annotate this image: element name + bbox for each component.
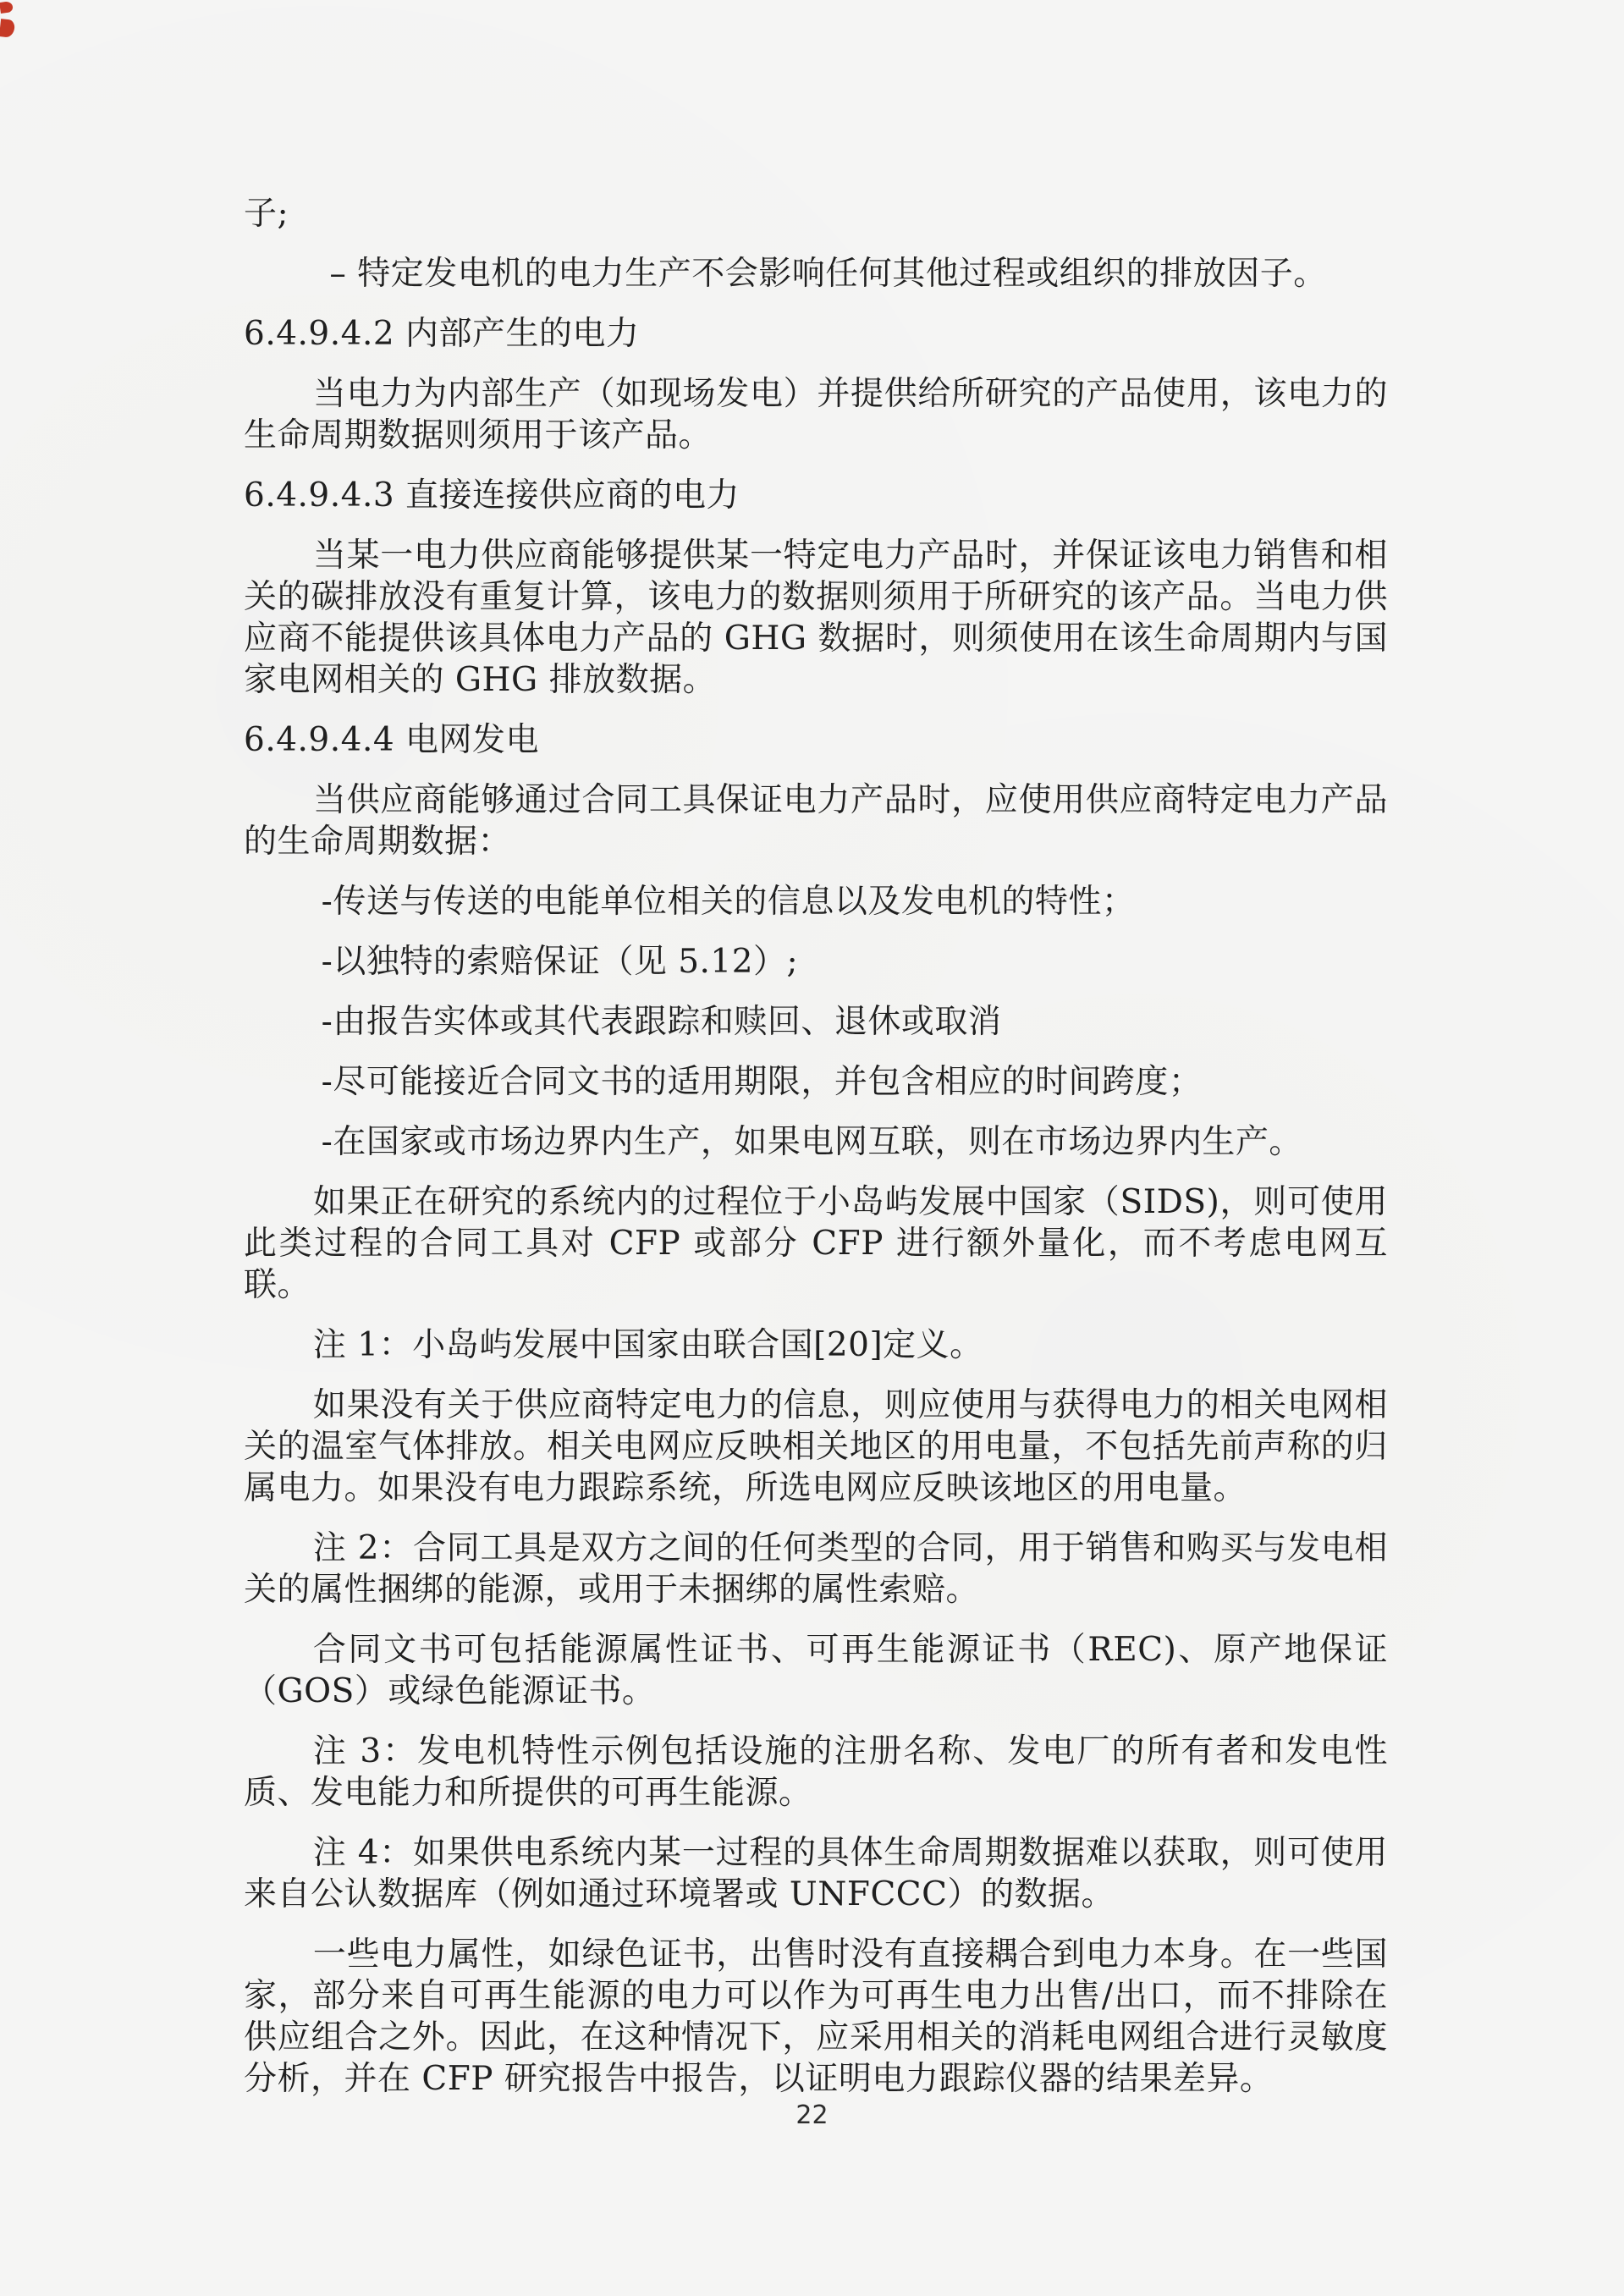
- section-heading-6-4-9-4-3: 6.4.9.4.3 直接连接供应商的电力: [244, 475, 1388, 516]
- paragraph: 当电力为内部生产（如现场发电）并提供给所研究的产品使用，该电力的生命周期数据则须…: [244, 373, 1388, 456]
- section-heading-6-4-9-4-2: 6.4.9.4.2 内部产生的电力: [244, 313, 1388, 355]
- note-2: 注 2：合同工具是双方之间的任何类型的合同，用于销售和购买与发电相关的属性捆绑的…: [244, 1528, 1388, 1611]
- list-item: -由报告实体或其代表跟踪和赎回、退休或取消: [244, 1001, 1388, 1043]
- paragraph: 如果正在研究的系统内的过程位于小岛屿发展中国家（SIDS)，则可使用此类过程的合…: [244, 1181, 1388, 1306]
- paragraph: 合同文书可包括能源属性证书、可再生能源证书（REC)、原产地保证（GOS）或绿色…: [244, 1629, 1388, 1712]
- document-body: 子; – 特定发电机的电力生产不会影响任何其他过程或组织的排放因子。 6.4.9…: [244, 193, 1388, 2118]
- section-heading-6-4-9-4-4: 6.4.9.4.4 电网发电: [244, 719, 1388, 761]
- page-number: 22: [0, 2101, 1624, 2130]
- note-3: 注 3：发电机特性示例包括设施的注册名称、发电厂的所有者和发电性质、发电能力和所…: [244, 1731, 1388, 1814]
- note-1: 注 1：小岛屿发展中国家由联合国[20]定义。: [244, 1324, 1388, 1366]
- paragraph: 当供应商能够通过合同工具保证电力产品时，应使用供应商特定电力产品的生命周期数据：: [244, 779, 1388, 862]
- list-item: -传送与传送的电能单位相关的信息以及发电机的特性；: [244, 881, 1388, 922]
- list-item: -在国家或市场边界内生产，如果电网互联，则在市场边界内生产。: [244, 1121, 1388, 1163]
- red-ink-artifact: [0, 19, 15, 38]
- paragraph: 如果没有关于供应商特定电力的信息，则应使用与获得电力的相关电网相关的温室气体排放…: [244, 1385, 1388, 1509]
- list-item: -以独特的索赔保证（见 5.12）;: [244, 941, 1388, 983]
- dash-bullet-item: – 特定发电机的电力生产不会影响任何其他过程或组织的排放因子。: [244, 253, 1388, 295]
- continuation-line: 子;: [244, 193, 1388, 234]
- list-item: -尽可能接近合同文书的适用期限，并包含相应的时间跨度；: [244, 1061, 1388, 1103]
- paragraph: 当某一电力供应商能够提供某一特定电力产品时，并保证该电力销售和相关的碳排放没有重…: [244, 535, 1388, 701]
- document-page: { "page": { "number": "22", "background_…: [0, 0, 1624, 2296]
- note-4: 注 4：如果供电系统内某一过程的具体生命周期数据难以获取，则可使用来自公认数据库…: [244, 1832, 1388, 1915]
- paragraph: 一些电力属性，如绿色证书，出售时没有直接耦合到电力本身。在一些国家，部分来自可再…: [244, 1934, 1388, 2100]
- red-ink-artifact: [0, 1, 14, 14]
